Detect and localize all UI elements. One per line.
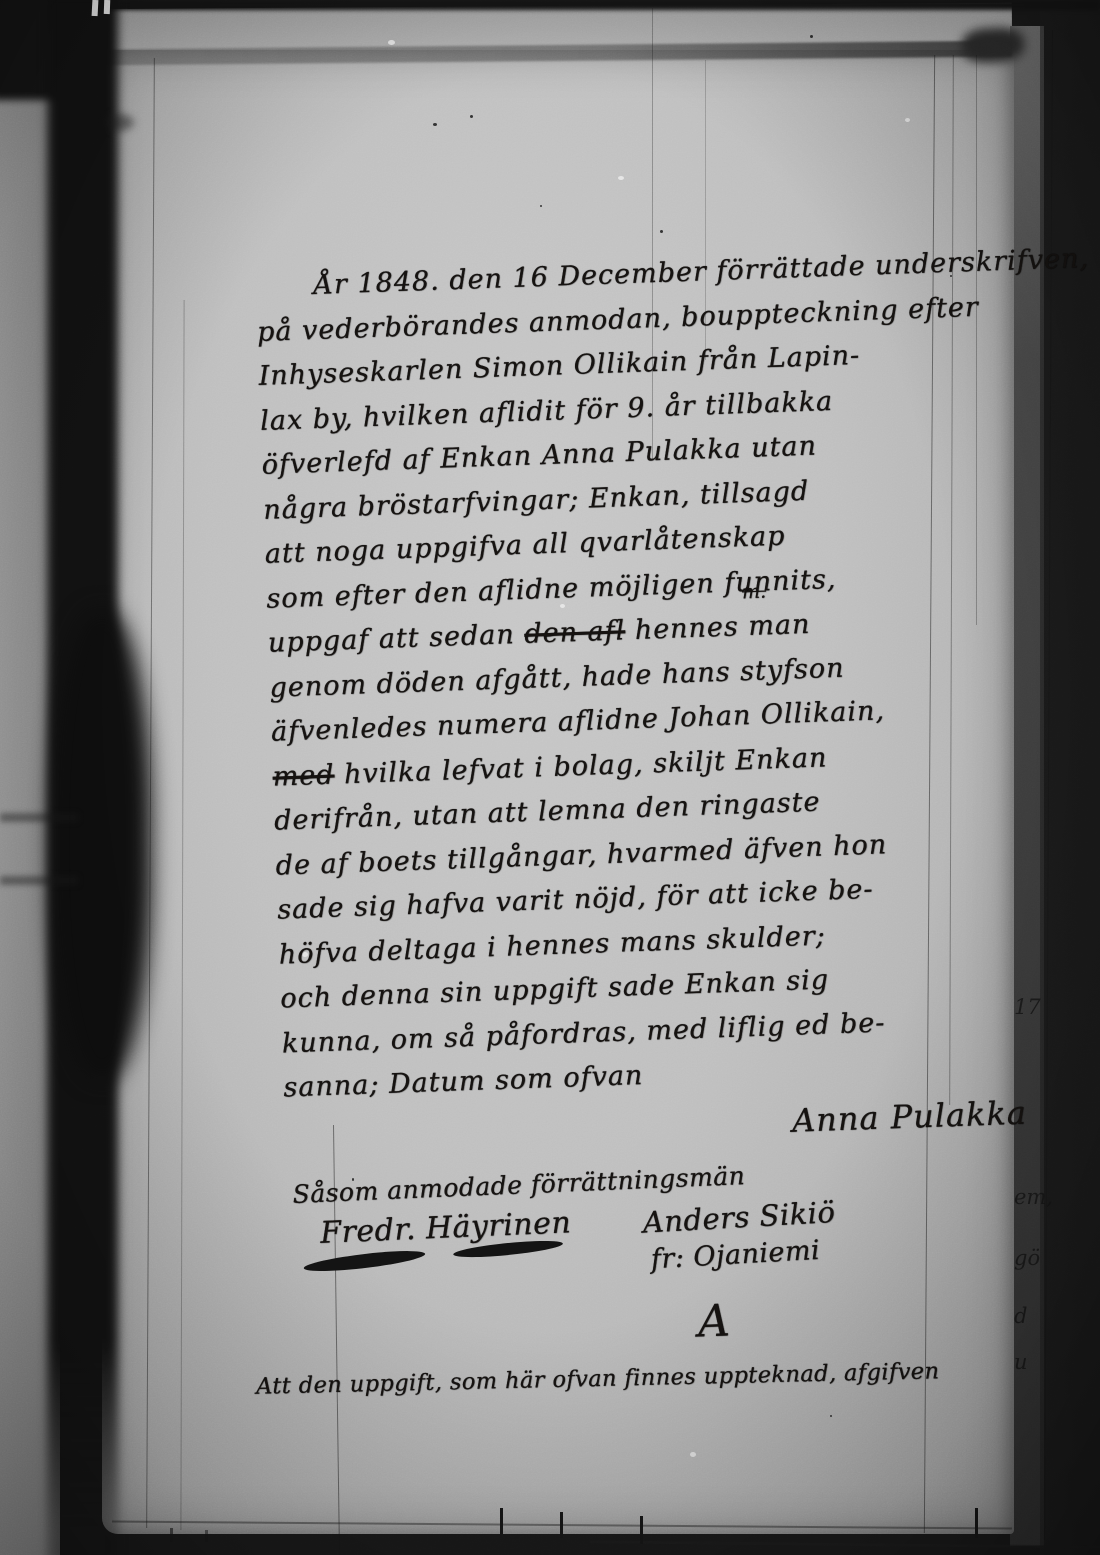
adjacent-page-text-fragment: 17 (1014, 995, 1041, 1019)
film-notch-mark (92, 0, 99, 16)
line-text: hennes man (625, 609, 811, 646)
inserted-correction-mark: m. (742, 581, 767, 604)
ink-speck (540, 205, 542, 207)
signature-fredr-hayrinen: Fredr. Häyrinen (294, 1205, 572, 1252)
adjacent-page-text-fragment: u (1014, 1350, 1028, 1374)
microfilm-scan: År 1848. den 16 December förrättade unde… (0, 0, 1100, 1555)
ink-speck (660, 230, 663, 233)
manuscript-body: År 1848. den 16 December förrättade unde… (255, 245, 1057, 1157)
ink-speck (810, 35, 813, 38)
dust-speck (618, 176, 624, 180)
pen-tick (640, 1516, 643, 1544)
top-film-edge (0, 0, 1100, 10)
adjacent-page-text-fragment: gö (1014, 1246, 1040, 1270)
ink-speck (433, 123, 437, 126)
gutter-smudge (0, 876, 78, 885)
binding-gutter-bulge (52, 610, 152, 1080)
manuscript-lines: År 1848. den 16 December förrättade unde… (255, 245, 1056, 1117)
gutter-smudge (0, 813, 78, 822)
ink-speck (830, 1415, 832, 1417)
page-smudge (106, 114, 134, 131)
dust-speck (905, 118, 910, 122)
appendix-mark-a: A (697, 1295, 731, 1347)
struck-text: med (272, 759, 335, 792)
ink-speck (470, 115, 473, 118)
pen-tick (500, 1508, 503, 1534)
pen-tick (560, 1512, 563, 1538)
adjacent-page-text-fragment: d (1014, 1304, 1027, 1328)
pen-tick (975, 1508, 978, 1538)
dust-speck (388, 40, 395, 45)
pen-tick (205, 1530, 208, 1542)
film-notch-mark (104, 0, 110, 14)
adjacent-page-text-fragment: em, (1014, 1185, 1053, 1209)
pen-tick (170, 1528, 173, 1542)
signature-flourish (302, 1247, 428, 1275)
signature-anders-sikio: Anders Sikiö fr: Ojaniemi (642, 1193, 839, 1280)
struck-text: den afl (524, 615, 626, 650)
dust-speck (690, 1452, 696, 1457)
